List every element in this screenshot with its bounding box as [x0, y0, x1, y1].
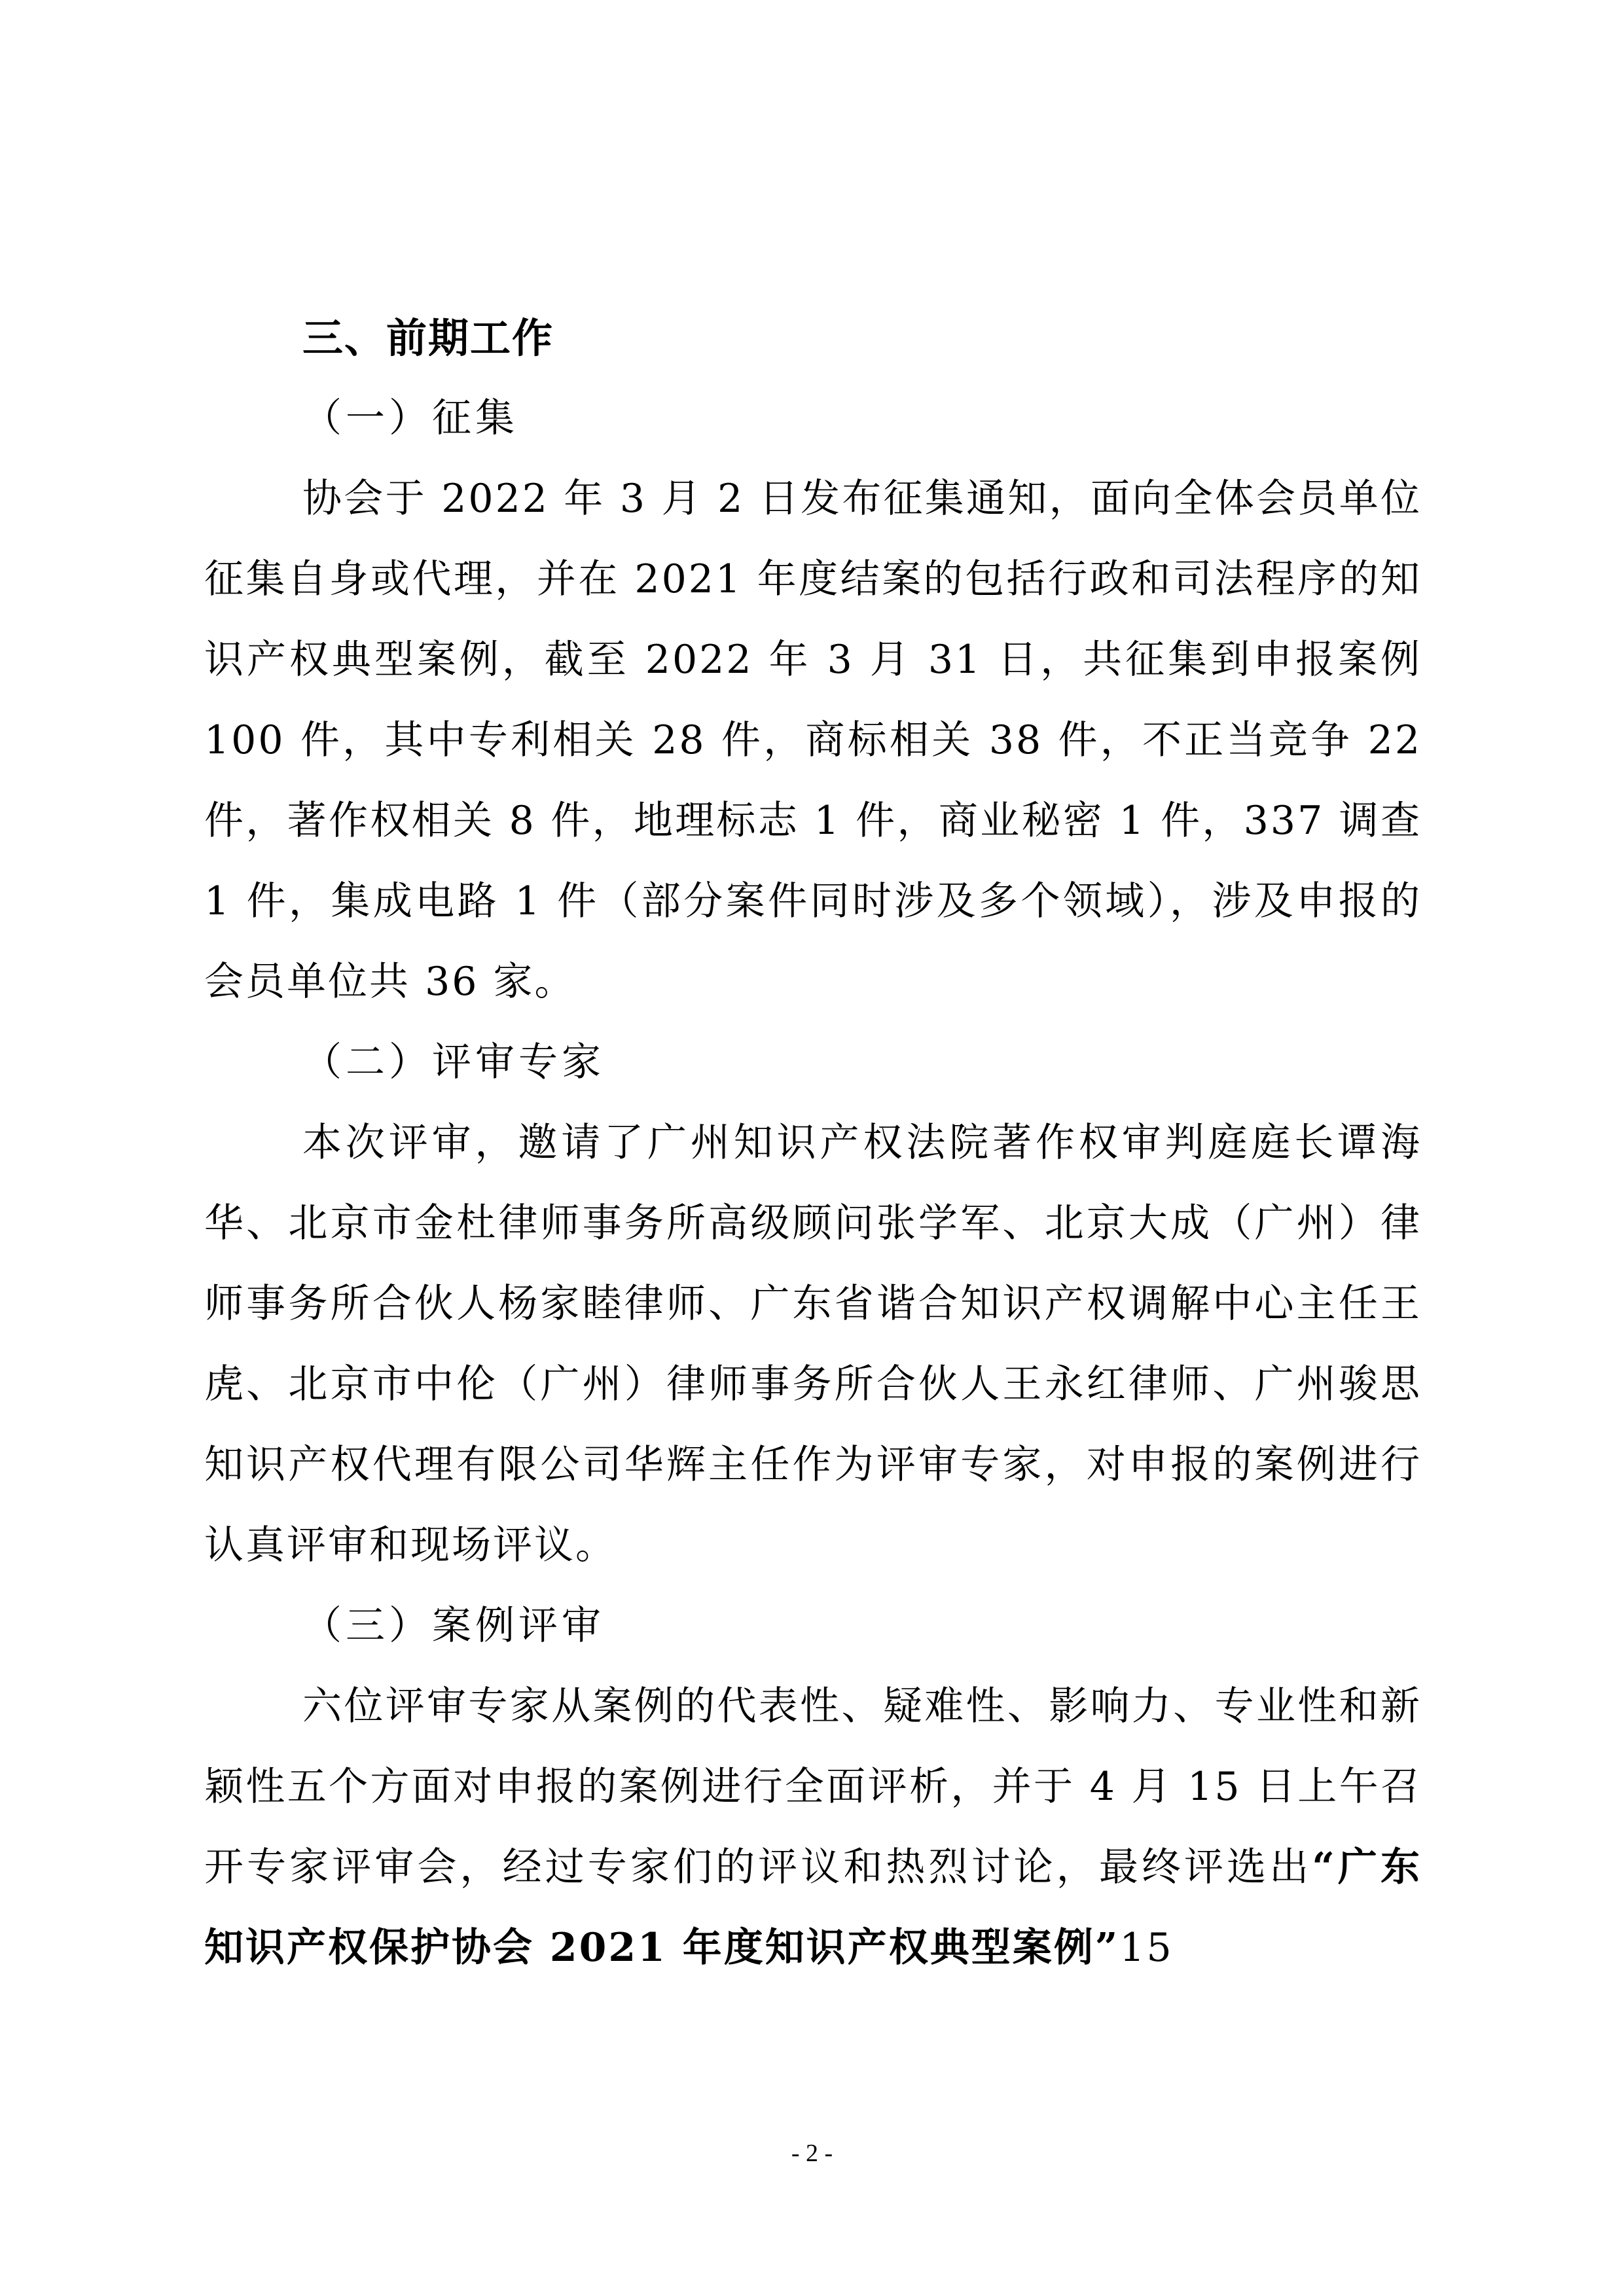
subsection-heading-collection: （一）征集 — [204, 378, 1422, 459]
paragraph-review-count: 15 — [1119, 1925, 1173, 1971]
paragraph-review: 六位评审专家从案例的代表性、疑难性、影响力、专业性和新颖性五个方面对申报的案例进… — [204, 1666, 1422, 1988]
page-number: - 2 - — [0, 2139, 1624, 2168]
document-body: 三、前期工作 （一）征集 协会于 2022 年 3 月 2 日发布征集通知，面向… — [204, 298, 1422, 1988]
paragraph-experts: 本次评审，邀请了广州知识产权法院著作权审判庭庭长谭海华、北京市金杜律师事务所高级… — [204, 1103, 1422, 1586]
paragraph-collection: 协会于 2022 年 3 月 2 日发布征集通知，面向全体会员单位征集自身或代理… — [204, 459, 1422, 1022]
subsection-heading-review: （三）案例评审 — [204, 1586, 1422, 1666]
document-page: 三、前期工作 （一）征集 协会于 2022 年 3 月 2 日发布征集通知，面向… — [0, 0, 1624, 2296]
paragraph-review-text: 六位评审专家从案例的代表性、疑难性、影响力、专业性和新颖性五个方面对申报的案例进… — [204, 1683, 1422, 1890]
section-heading: 三、前期工作 — [204, 298, 1422, 378]
subsection-heading-experts: （二）评审专家 — [204, 1022, 1422, 1103]
